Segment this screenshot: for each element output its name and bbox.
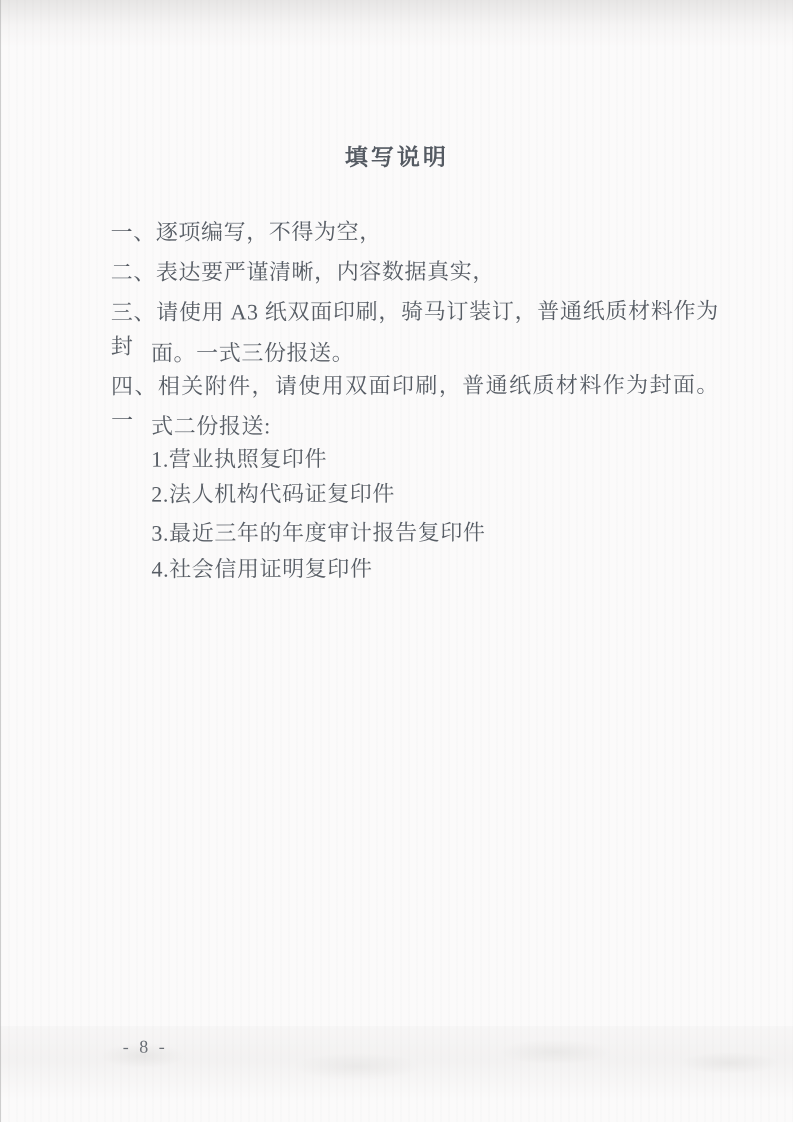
attachment-item-2: 2.法人机构代码证复印件: [151, 477, 395, 512]
instruction-line-1: 一、逐项编写，不得为空，: [111, 215, 382, 250]
instruction-line-3-continued: 面。一式三份报送。: [151, 336, 354, 371]
instruction-line-3: 三、请使用 A3 纸双面印刷，骑马订装订，普通纸质材料作为封: [111, 294, 719, 330]
document-title: 填写说明: [0, 138, 793, 173]
attachment-item-4: 4.社会信用证明复印件: [151, 552, 372, 587]
instruction-line-4: 四、相关附件，请使用双面印刷，普通纸质材料作为封面。一: [111, 368, 719, 404]
page-number: - 8 -: [123, 1037, 168, 1058]
instruction-line-4-continued: 式二份报送:: [151, 409, 271, 443]
attachment-item-3: 3.最近三年的年度审计报告复印件: [151, 516, 485, 551]
attachment-item-1: 1.营业执照复印件: [151, 442, 327, 476]
scanned-document-page: 填写说明 一、逐项编写，不得为空， 二、表达要严谨清晰，内容数据真实， 三、请使…: [0, 0, 793, 1122]
instruction-line-2: 二、表达要严谨清晰，内容数据真实，: [111, 255, 495, 290]
document-content: 填写说明 一、逐项编写，不得为空， 二、表达要严谨清晰，内容数据真实， 三、请使…: [0, 0, 793, 1]
